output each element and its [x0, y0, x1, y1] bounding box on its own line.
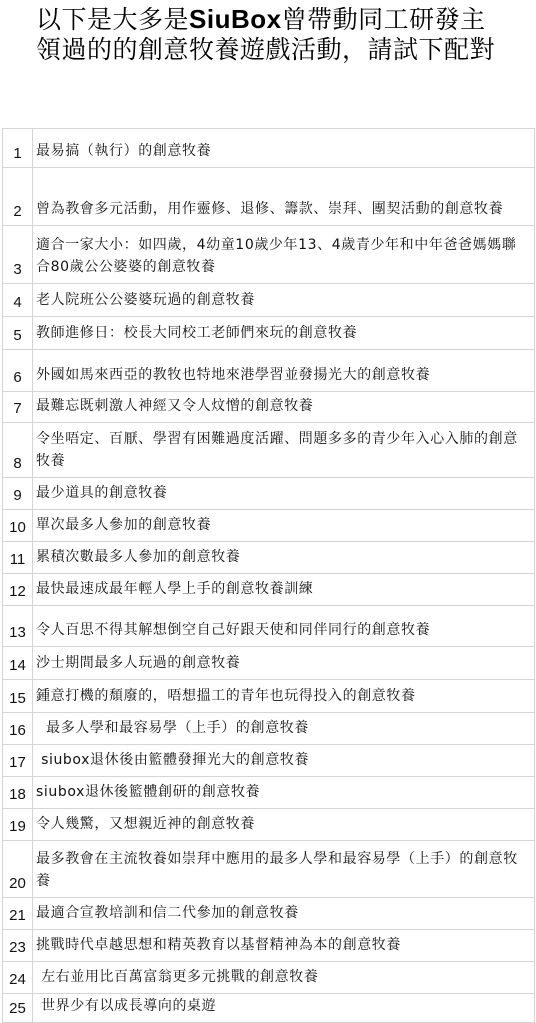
row-number: 6 [3, 350, 33, 391]
row-number: 13 [3, 606, 33, 646]
table-row: 20最多教會在主流牧養如崇拜中應用的最多人學和最容易學（上手）的創意牧養 [3, 841, 534, 898]
table-row: 24 左右並用比百萬富翁更多元挑戰的創意牧養 [3, 962, 534, 994]
row-number: 24 [3, 962, 33, 993]
table-row: 25 世界少有以成長導向的桌遊 [3, 994, 534, 1023]
table-row: 1最易搞（執行）的創意牧養 [3, 129, 534, 168]
table-row: 17 siubox退休後由籃體發揮光大的創意牧養 [3, 745, 534, 777]
title-suffix: 曾帶動同工研發主 [282, 5, 486, 34]
table-row: 15鍾意打機的頹廢的，唔想搵工的青年也玩得投入的創意牧養 [3, 680, 534, 713]
table-row: 5教師進修日：校長大同校工老師們來玩的創意牧養 [3, 317, 534, 350]
row-number: 5 [3, 317, 33, 349]
row-description: 適合一家大小：如四歲，4幼童10歲少年13、4歲青少年和中年爸爸媽媽聯合80歲公… [33, 226, 534, 283]
table-row: 9最少道具的創意牧養 [3, 478, 534, 510]
row-description: 最多人學和最容易學（上手）的創意牧養 [33, 713, 534, 744]
row-description: 老人院班公公婆婆玩過的創意牧養 [33, 284, 534, 316]
row-number: 20 [3, 841, 33, 897]
activity-table: 1最易搞（執行）的創意牧養2曾為教會多元活動，用作靈修、退修、籌款、崇拜、團契活… [2, 128, 535, 1023]
row-number: 1 [3, 129, 33, 167]
row-description: 令坐唔定、百厭、學習有困難過度活躍、問題多多的青少年入心入肺的創意牧養 [33, 423, 534, 477]
row-number: 9 [3, 478, 33, 509]
row-number: 8 [3, 423, 33, 477]
row-number: 17 [3, 745, 33, 776]
row-description: 世界少有以成長導向的桌遊 [33, 994, 534, 1022]
row-description: siubox退休後籃體創研的創意牧養 [33, 777, 534, 808]
row-number: 15 [3, 680, 33, 712]
row-description: 令人幾驚，又想親近神的創意牧養 [33, 809, 534, 840]
row-description: 外國如馬來西亞的教牧也特地來港學習並發揚光大的創意牧養 [33, 350, 534, 391]
row-number: 12 [3, 574, 33, 605]
row-number: 21 [3, 898, 33, 929]
row-number: 16 [3, 713, 33, 744]
table-row: 7最難忘既刺激人神經又令人炆憎的創意牧養 [3, 392, 534, 423]
table-row: 2曾為教會多元活動，用作靈修、退修、籌款、崇拜、團契活動的創意牧養 [3, 168, 534, 226]
row-number: 14 [3, 647, 33, 679]
row-description: 最快最速成最年輕人學上手的創意牧養訓練 [33, 574, 534, 605]
title-prefix: 以下是大多是 [36, 5, 189, 34]
page-title: 以下是大多是SiuBox曾帶動同工研發主領過的的創意牧養遊戲活動，請試下配對 [36, 4, 536, 65]
row-description: 左右並用比百萬富翁更多元挑戰的創意牧養 [33, 962, 534, 993]
row-number: 2 [3, 168, 33, 225]
row-number: 3 [3, 226, 33, 283]
table-row: 3適合一家大小：如四歲，4幼童10歲少年13、4歲青少年和中年爸爸媽媽聯合80歲… [3, 226, 534, 284]
table-row: 16 最多人學和最容易學（上手）的創意牧養 [3, 713, 534, 745]
row-description: 鍾意打機的頹廢的，唔想搵工的青年也玩得投入的創意牧養 [33, 680, 534, 712]
row-description: 教師進修日：校長大同校工老師們來玩的創意牧養 [33, 317, 534, 349]
row-description: 曾為教會多元活動，用作靈修、退修、籌款、崇拜、團契活動的創意牧養 [33, 168, 534, 225]
table-row: 13令人百思不得其解想倒空自己好跟天使和同伴同行的創意牧養 [3, 606, 534, 647]
brand-name: SiuBox [189, 4, 282, 34]
row-number: 11 [3, 542, 33, 573]
row-description: 最難忘既刺激人神經又令人炆憎的創意牧養 [33, 392, 534, 422]
table-row: 19令人幾驚，又想親近神的創意牧養 [3, 809, 534, 841]
row-description: 最少道具的創意牧養 [33, 478, 534, 509]
table-row: 21最適合宣教培訓和信二代參加的創意牧養 [3, 898, 534, 930]
row-description: 最易搞（執行）的創意牧養 [33, 129, 534, 167]
table-row: 8令坐唔定、百厭、學習有困難過度活躍、問題多多的青少年入心入肺的創意牧養 [3, 423, 534, 478]
row-number: 4 [3, 284, 33, 316]
row-description: 最適合宣教培訓和信二代參加的創意牧養 [33, 898, 534, 929]
row-description: 沙士期間最多人玩過的創意牧養 [33, 647, 534, 679]
table-row: 10單次最多人參加的創意牧養 [3, 510, 534, 542]
row-number: 23 [3, 930, 33, 961]
row-description: 最多教會在主流牧養如崇拜中應用的最多人學和最容易學（上手）的創意牧養 [33, 841, 534, 897]
table-row: 14沙士期間最多人玩過的創意牧養 [3, 647, 534, 680]
row-number: 25 [3, 994, 33, 1022]
row-number: 19 [3, 809, 33, 840]
row-number: 10 [3, 510, 33, 541]
row-description: 單次最多人參加的創意牧養 [33, 510, 534, 541]
table-row: 11累積次數最多人參加的創意牧養 [3, 542, 534, 574]
table-row: 23挑戰時代卓越思想和精英教育以基督精神為本的創意牧養 [3, 930, 534, 962]
row-description: siubox退休後由籃體發揮光大的創意牧養 [33, 745, 534, 776]
row-number: 18 [3, 777, 33, 808]
row-description: 令人百思不得其解想倒空自己好跟天使和同伴同行的創意牧養 [33, 606, 534, 646]
table-row: 4老人院班公公婆婆玩過的創意牧養 [3, 284, 534, 317]
table-row: 18siubox退休後籃體創研的創意牧養 [3, 777, 534, 809]
row-number: 7 [3, 392, 33, 422]
table-row: 6外國如馬來西亞的教牧也特地來港學習並發揚光大的創意牧養 [3, 350, 534, 392]
row-description: 挑戰時代卓越思想和精英教育以基督精神為本的創意牧養 [33, 930, 534, 961]
title-line2: 領過的的創意牧養遊戲活動，請試下配對 [36, 35, 495, 64]
row-description: 累積次數最多人參加的創意牧養 [33, 542, 534, 573]
table-row: 12最快最速成最年輕人學上手的創意牧養訓練 [3, 574, 534, 606]
